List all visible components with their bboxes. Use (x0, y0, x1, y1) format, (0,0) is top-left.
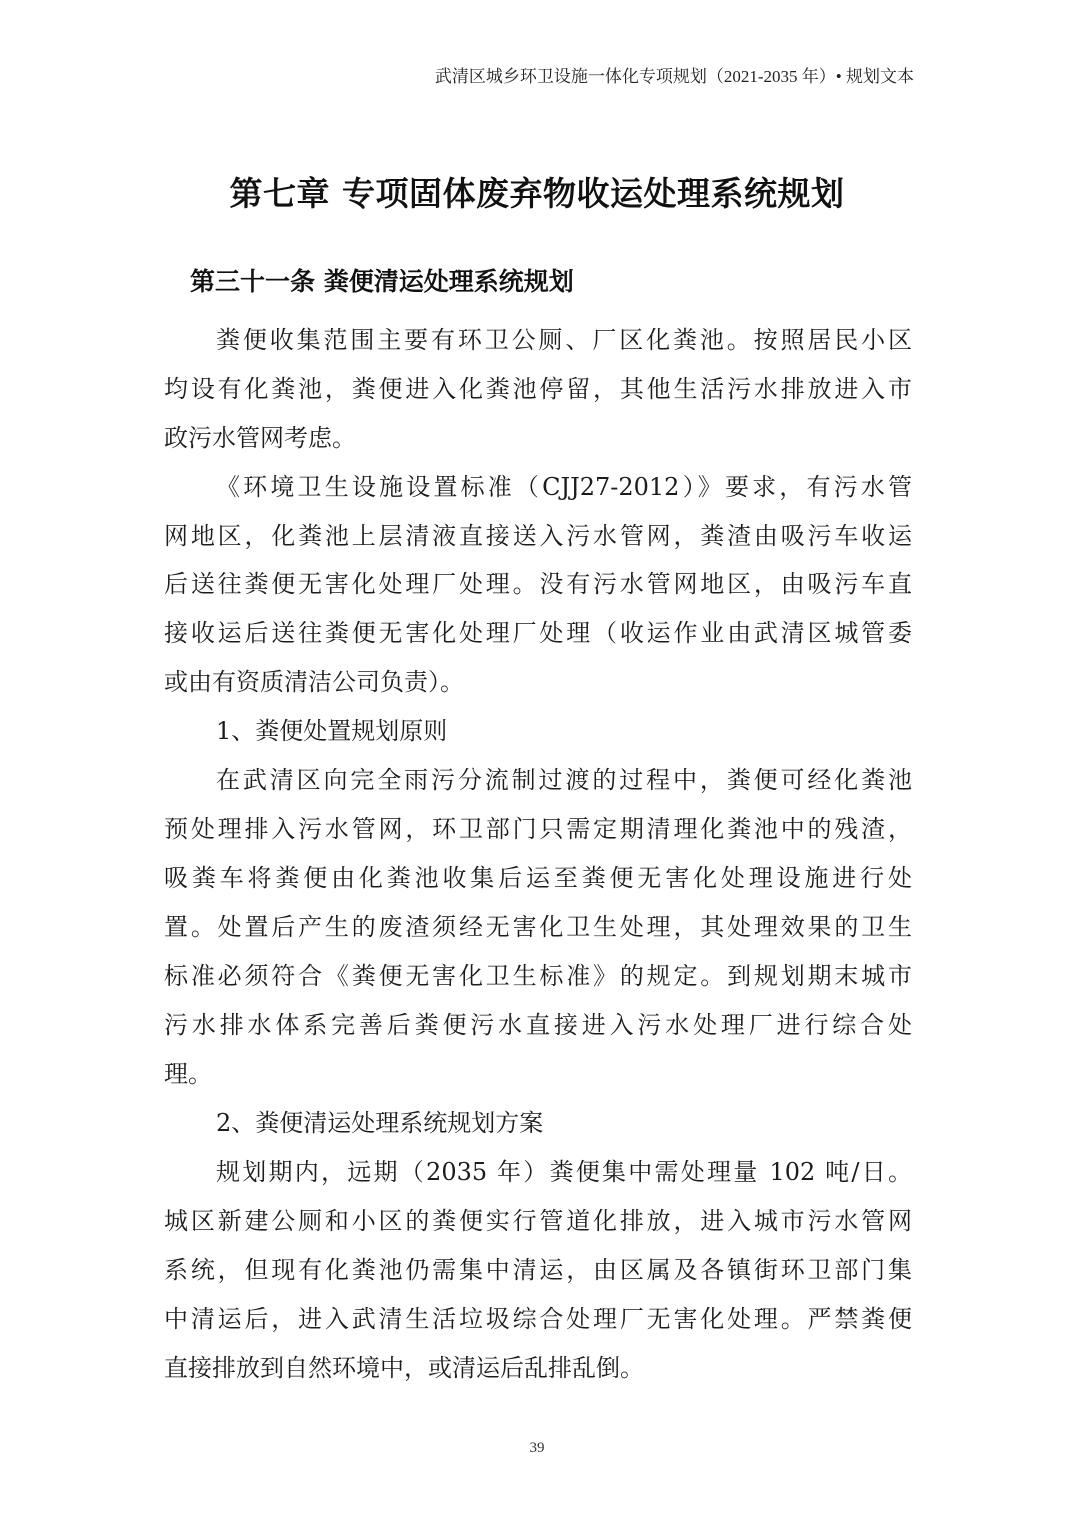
running-header: 武清区城乡环卫设施一体化专项规划（2021-2035 年）• 规划文本 (435, 62, 914, 87)
text-line: 置。处置后产生的废渣须经无害化卫生处理，其处理效果的卫生 (164, 909, 912, 945)
text-line: 系统，但现有化粪池仍需集中清运，由区属及各镇街环卫部门集 (164, 1252, 912, 1288)
article-title: 第三十一条 粪便清运处理系统规划 (190, 262, 574, 298)
text-line: 1、粪便处置规划原则 (216, 713, 912, 749)
text-line: 粪便收集范围主要有环卫公厕、厂区化粪池。按照居民小区 (216, 322, 912, 358)
page-number: 39 (0, 1440, 1074, 1457)
chapter-title: 第七章 专项固体废弃物收运处理系统规划 (0, 168, 1074, 215)
text-line: 《环境卫生设施设置标准（CJJ27-2012）》要求，有污水管 (216, 469, 912, 505)
text-line: 污水排水体系完善后粪便污水直接进入污水处理厂进行综合处 (164, 1007, 912, 1043)
text-line: 在武清区向完全雨污分流制过渡的过程中，粪便可经化粪池 (216, 762, 912, 798)
text-line: 2、粪便清运处理系统规划方案 (216, 1105, 912, 1141)
text-line: 网地区，化粪池上层清液直接送入污水管网，粪渣由吸污车收运 (164, 518, 912, 554)
text-line: 或由有资质清洁公司负责）。 (164, 664, 912, 700)
text-line: 后送往粪便无害化处理厂处理。没有污水管网地区，由吸污车直 (164, 566, 912, 602)
text-line: 均设有化粪池，粪便进入化粪池停留，其他生活污水排放进入市 (164, 371, 912, 407)
text-line: 中清运后，进入武清生活垃圾综合处理厂无害化处理。严禁粪便 (164, 1301, 912, 1337)
text-line: 吸粪车将粪便由化粪池收集后运至粪便无害化处理设施进行处 (164, 860, 912, 896)
text-line: 城区新建公厕和小区的粪便实行管道化排放，进入城市污水管网 (164, 1203, 912, 1239)
text-line: 预处理排入污水管网，环卫部门只需定期清理化粪池中的残渣， (164, 811, 912, 847)
text-line: 规划期内，远期（2035 年）粪便集中需处理量 102 吨/日。 (216, 1154, 912, 1190)
text-line: 直接排放到自然环境中，或清运后乱排乱倒。 (164, 1350, 912, 1386)
text-line: 理。 (164, 1056, 912, 1092)
text-line: 标准必须符合《粪便无害化卫生标准》的规定。到规划期末城市 (164, 958, 912, 994)
text-line: 接收运后送往粪便无害化处理厂处理（收运作业由武清区城管委 (164, 615, 912, 651)
text-line: 政污水管网考虑。 (164, 420, 912, 456)
